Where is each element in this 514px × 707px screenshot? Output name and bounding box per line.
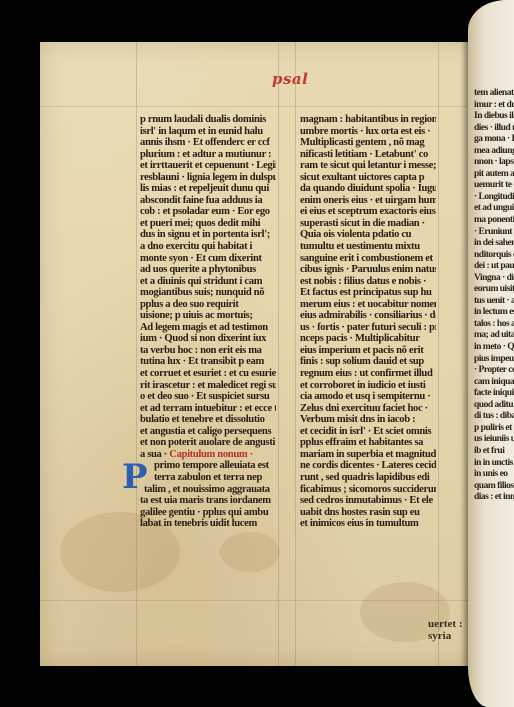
text-line: et cecidit in isrl' · Et sciet omnis <box>300 426 436 438</box>
running-head: psal <box>272 70 308 88</box>
text-line: nditorquis et <box>474 250 514 262</box>
ruling-line <box>278 42 279 666</box>
ruling-line <box>40 106 480 107</box>
text-line: ib et frui <box>474 446 514 458</box>
text-line: dus in signu et in portenta isrl'; <box>140 229 276 241</box>
text-line: galilee gentiu · pplus qui ambu <box>140 507 276 519</box>
text-line: ga mona · Et ap <box>474 134 514 146</box>
text-line: magnam : habitantibus in regione <box>300 114 436 126</box>
text-line: labat in tenebris uidit lucem <box>140 518 276 530</box>
text-line: et inimicos eius in tumultum <box>300 518 436 530</box>
text-line: finis : sup solium dauid et sup <box>300 356 436 368</box>
text-line: in in unctis <box>474 458 514 470</box>
text-line: in unis eo <box>474 469 514 481</box>
text-line: et ad terram intuebitur : et ecce tri <box>140 403 276 415</box>
text-line: pius impeurs <box>474 354 514 366</box>
text-line: in dei sahenium <box>474 238 514 250</box>
text-line: Quia ois violenta pdatio cu <box>300 229 436 241</box>
text-line: ium · Quod si non dixerint iux <box>140 333 276 345</box>
text-line: ram te sicut qui letantur i messe; <box>300 160 436 172</box>
rubric: Capitulum nonum · <box>167 449 253 460</box>
text-line: ficabimus ; sicomoros succiderunt : <box>300 484 436 496</box>
text-line: umbre mortis · lux orta est eis · <box>300 126 436 138</box>
text-line: Ad legem magis et ad testimon <box>140 322 276 334</box>
text-line: uisione; p uiuis ac mortuis; <box>140 310 276 322</box>
text-line: talim , et nouissimo aggrauata <box>140 484 276 496</box>
text-line: ne cordis dicentes · Lateres cecide <box>300 460 436 472</box>
ruling-line <box>295 42 296 666</box>
text-line: sanguine erit i combustionem et <box>300 253 436 265</box>
text-line: cam iniqua <box>474 377 514 389</box>
text-line: in meto · Quam <box>474 342 514 354</box>
text-line: uabit dns hostes rasin sup eu <box>300 507 436 519</box>
text-line: us ieiuniis uel <box>474 434 514 446</box>
text-line: eius admirabilis · consiliarius · de <box>300 310 436 322</box>
text-line: us · fortis · pater futuri seculi : pri <box>300 322 436 334</box>
text-line: mariam in superbia et magnitudi <box>300 449 436 461</box>
facing-leaf-text: tem alienatumimur : et ducimiIn diebus i… <box>474 88 514 504</box>
text-line: o et deo suo · Et suspiciet sursu <box>140 391 276 403</box>
text-line: a dno exercitu qui habitat i <box>140 241 276 253</box>
text-line: · Longitudi <box>474 192 514 204</box>
text-line: facte iniquitates <box>474 388 514 400</box>
text-line: merum eius : et uocabitur nomen <box>300 299 436 311</box>
text-line: sed cedros inmutabimus · Et ele <box>300 495 436 507</box>
text-line: regnum eius : ut confirmet illud <box>300 368 436 380</box>
parchment-stain <box>220 532 280 572</box>
text-line: plurium : et adtur a mutiunur : <box>140 149 276 161</box>
text-line: di tus : diba <box>474 411 514 423</box>
text-column-right: magnam : habitantibus in regioneumbre mo… <box>300 114 436 530</box>
text-line: lis mias : et repeljeuit dunu qui <box>140 183 276 195</box>
text-line: et irrttauerit et cepuenunt · Legii <box>140 160 276 172</box>
text-line: in lectum est <box>474 307 514 319</box>
text-line: primo tempore alleuiata est <box>140 460 276 472</box>
text-line: nnon · lapsis <box>474 157 514 169</box>
text-line: p rnum laudali dualis dominis <box>140 114 276 126</box>
text-line: et corroboret in iudicio et iusti <box>300 380 436 392</box>
text-line: rit irascetur : et maledicet regi su <box>140 380 276 392</box>
text-line: terra zabulon et terra nep <box>140 472 276 484</box>
text-line: sicut exultant uictores capta p <box>300 172 436 184</box>
text-line: Multiplicasti gentem , nõ mag <box>300 137 436 149</box>
text-line: cob : et psoladar eum · Eor ego <box>140 206 276 218</box>
text-line: tumultu et uestimentu mixtu <box>300 241 436 253</box>
text-line: a sua · Capitulum nonum · <box>140 449 276 461</box>
text-line: abscondit faine fua adduus ia <box>140 195 276 207</box>
text-column-left: p rnum laudali dualis dominisisrl' in la… <box>140 114 276 530</box>
text-line: pplus effraim et habitantes sa <box>300 437 436 449</box>
facing-leaf-edge: tem alienatumimur : et ducimiIn diebus i… <box>468 0 514 707</box>
text-line: tutina lux · Et transibit p eam <box>140 356 276 368</box>
manuscript-leaf: psal p rnum laudali dualis dominisisrl' … <box>40 42 480 666</box>
text-line: dies · illud ut <box>474 123 514 135</box>
text-line: Vingna · dia <box>474 273 514 285</box>
text-line: Et factus est principatus sup hu <box>300 287 436 299</box>
text-line: resblauni · lignia legem in dulspu <box>140 172 276 184</box>
text-line: pit autem aspi <box>474 169 514 181</box>
text-line: Verbum misit dns in iacob : <box>300 414 436 426</box>
text-line: et pueri mei; quos dedit mihi <box>140 218 276 230</box>
text-line: eius imperium et pacis nõ erit <box>300 345 436 357</box>
text-line: monte syon · Et cum dixerint <box>140 253 276 265</box>
ruling-line <box>438 42 439 666</box>
text-line: et corruet et esuriet : et cu esurie <box>140 368 276 380</box>
text-line: · Propter ceteras <box>474 365 514 377</box>
text-line: runt , sed quadris lapidibus edi <box>300 472 436 484</box>
text-line: dias : et inmi <box>474 492 514 504</box>
text-line: isrl' in laqum et in eunid halu <box>140 126 276 138</box>
text-line: ma; ad uitare <box>474 330 514 342</box>
text-line: ta verbu hoc : non erit eis ma <box>140 345 276 357</box>
text-line: tus uenit · ad <box>474 296 514 308</box>
text-line: mea adiungunt <box>474 146 514 158</box>
text-line: superasti sicut in die madian · <box>300 218 436 230</box>
text-line: p puliris et <box>474 423 514 435</box>
text-line: Zelus dni exercituu faciet hoc · <box>300 403 436 415</box>
text-line: et non poterit auolare de angusti <box>140 437 276 449</box>
text-line: est nobis : filius datus e nobis · <box>300 276 436 288</box>
text-line: et a diuinis qui stridunt i cam <box>140 276 276 288</box>
text-line: cibus ignis · Paruulus enim natus <box>300 264 436 276</box>
text-line: quam filios <box>474 481 514 493</box>
text-line: et ad unguit · <box>474 203 514 215</box>
text-line: annis ihsm · Et offenderc er ccf <box>140 137 276 149</box>
text-line: · Eruniunt quod <box>474 227 514 239</box>
text-line: da quando diuidunt spolia · Iugu <box>300 183 436 195</box>
text-line: enim oneris eius · et uirgam humeri <box>300 195 436 207</box>
text-line: bulatio et tenebre et dissolutio <box>140 414 276 426</box>
text-line: ma ponentibus <box>474 215 514 227</box>
text-line: talos : hos ad <box>474 319 514 331</box>
text-line: tem alienatum <box>474 88 514 100</box>
text-line: ei eius et sceptrum exactoris eius <box>300 206 436 218</box>
text-line: quod aditu <box>474 400 514 412</box>
text-line: et angustia et caligo persequens <box>140 426 276 438</box>
text-line: cia amodo et usq i sempiternu · <box>300 391 436 403</box>
text-line: In diebus illis <box>474 111 514 123</box>
text-line: eorum uisitati <box>474 284 514 296</box>
text-line: ad uos querite a phytonibus <box>140 264 276 276</box>
text-line: dei : ut pauperi <box>474 261 514 273</box>
text-line: ta est uia maris trans iordanem <box>140 495 276 507</box>
text-line: imur : et ducimi <box>474 100 514 112</box>
text-line: pplus a deo suo requirit <box>140 299 276 311</box>
text-line: nificasti letitiam · Letabunt' co <box>300 149 436 161</box>
text-line: uemurit te dic <box>474 180 514 192</box>
text-line: nceps pacis · Multiplicabitur <box>300 333 436 345</box>
decorated-initial: P <box>122 460 148 496</box>
text-line: mogiantibus suis; nunquid nõ <box>140 287 276 299</box>
